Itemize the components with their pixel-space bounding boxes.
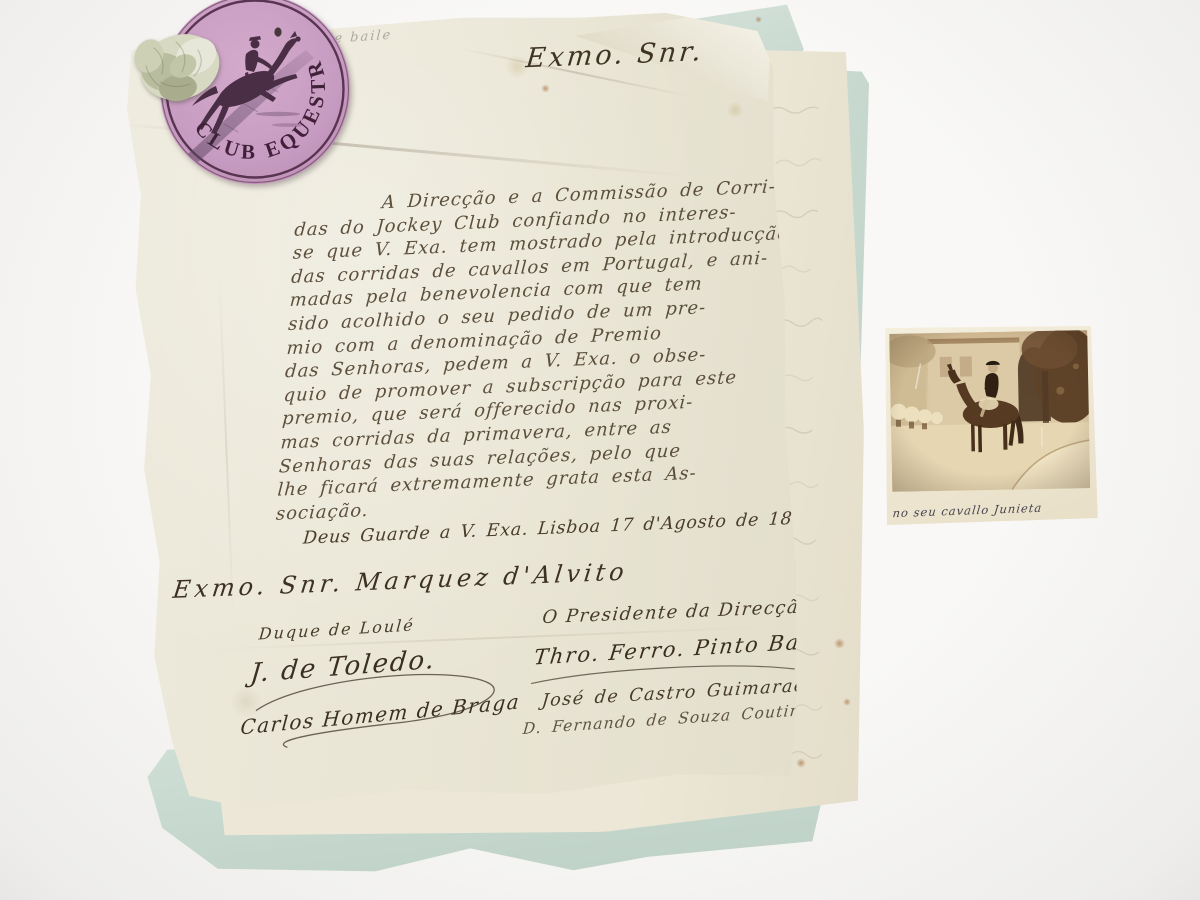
tag-hole: [274, 27, 281, 36]
equestrian-photo: no seu cavallo Junieta: [882, 324, 1098, 526]
fold-crease: [219, 278, 235, 618]
signature-title: O Presidente da Direcção: [541, 596, 812, 628]
photo-caption: no seu cavallo Junieta: [892, 501, 1043, 521]
signatures-right-group: O Presidente da Direcção Thro. Ferro. Pi…: [532, 596, 828, 768]
paper-stain: [726, 102, 745, 119]
photograph-stage: Exmo. Snr. A Direcção e a Commissão de C…: [0, 0, 1200, 900]
addressee-line: Exmo. Snr. Marquez d'Alvito: [171, 558, 629, 604]
paper-rosette: [120, 12, 240, 126]
photo-image: [889, 330, 1090, 492]
rosette-graphic: [120, 12, 240, 126]
signature-flourish: [244, 660, 517, 751]
signature-duque-de-loule: Duque de Loulé: [258, 615, 416, 643]
letter-body: A Direcção e a Commissão de Corri- das d…: [275, 174, 812, 526]
signatures-left-group: Duque de Loulé J. de Toledo. Carlos Home…: [236, 613, 542, 775]
